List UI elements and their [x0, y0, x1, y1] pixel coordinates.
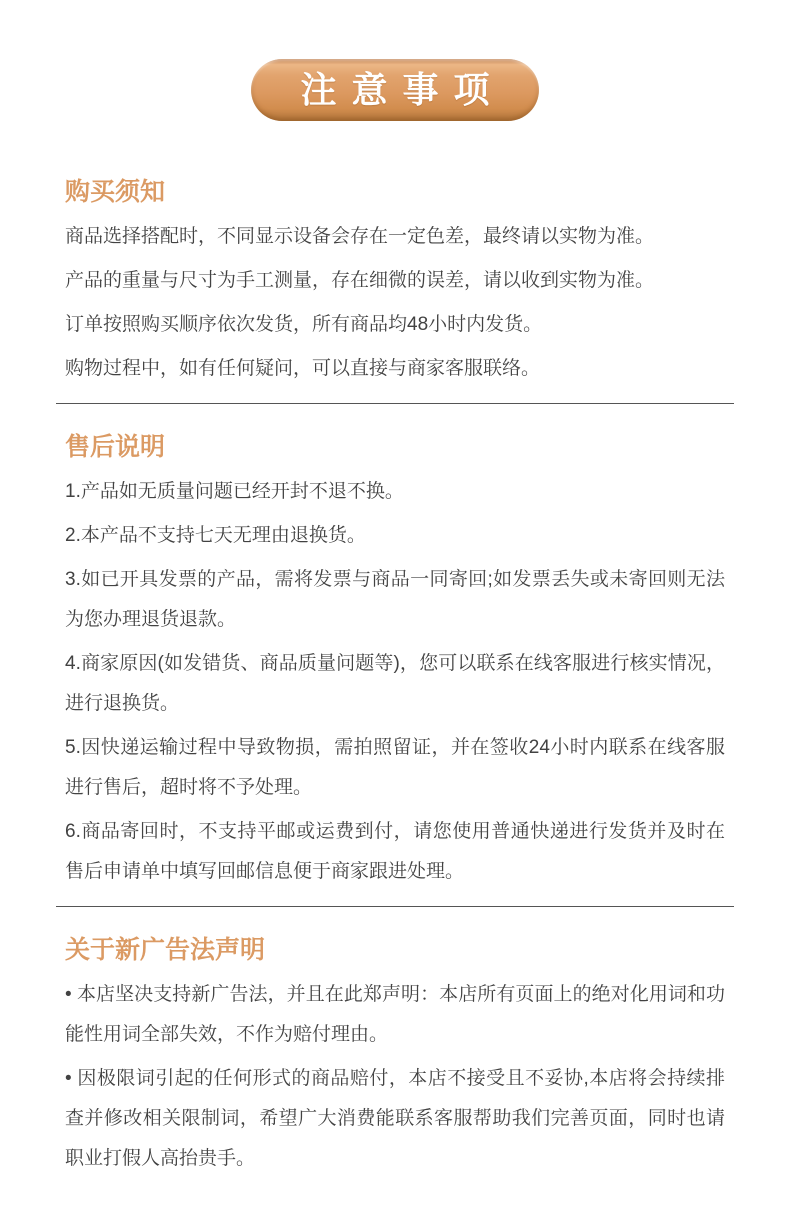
notice-paragraph: 订单按照购买顺序依次发货，所有商品均48小时内发货。	[65, 305, 725, 345]
notice-paragraph: 3.如已开具发票的产品，需将发票与商品一同寄回;如发票丢失或未寄回则无法为您办理…	[65, 560, 725, 640]
notice-banner-title: 注意事项	[300, 72, 504, 108]
section-ad-law-statement: 关于新广告法声明 • 本店坚决支持新广告法，并且在此郑声明：本店所有页面上的绝对…	[65, 933, 725, 1179]
section-heading-purchase-notes: 购买须知	[65, 175, 725, 209]
notice-paragraph: 购物过程中，如有任何疑问，可以直接与商家客服联络。	[65, 349, 725, 389]
notice-paragraph: • 本店坚决支持新广告法，并且在此郑声明：本店所有页面上的绝对化用词和功能性用词…	[65, 975, 725, 1055]
notice-paragraph: 商品选择搭配时，不同显示设备会存在一定色差，最终请以实物为准。	[65, 217, 725, 257]
notice-page: 注意事项 购买须知 商品选择搭配时，不同显示设备会存在一定色差，最终请以实物为准…	[0, 0, 790, 1215]
notice-paragraph: 2.本产品不支持七天无理由退换货。	[65, 516, 725, 556]
section-heading-ad-law: 关于新广告法声明	[65, 933, 725, 967]
notice-paragraph: 产品的重量与尺寸为手工测量，存在细微的误差，请以收到实物为准。	[65, 261, 725, 301]
section-heading-after-sales: 售后说明	[65, 430, 725, 464]
notice-banner: 注意事项	[251, 59, 539, 121]
section-divider	[56, 403, 734, 404]
notice-paragraph: 6.商品寄回时，不支持平邮或运费到付，请您使用普通快递进行发货并及时在售后申请单…	[65, 812, 725, 892]
notice-paragraph: 4.商家原因(如发错货、商品质量问题等)，您可以联系在线客服进行核实情况，进行退…	[65, 644, 725, 724]
section-divider	[56, 906, 734, 907]
notice-paragraph: 1.产品如无质量问题已经开封不退不换。	[65, 472, 725, 512]
notice-paragraph: • 因极限词引起的任何形式的商品赔付，本店不接受且不妥协,本店将会持续排查并修改…	[65, 1059, 725, 1179]
section-after-sales: 售后说明 1.产品如无质量问题已经开封不退不换。 2.本产品不支持七天无理由退换…	[65, 430, 725, 892]
notice-paragraph: 5.因快递运输过程中导致物损，需拍照留证，并在签收24小时内联系在线客服进行售后…	[65, 728, 725, 808]
section-purchase-notes: 购买须知 商品选择搭配时，不同显示设备会存在一定色差，最终请以实物为准。 产品的…	[65, 175, 725, 389]
